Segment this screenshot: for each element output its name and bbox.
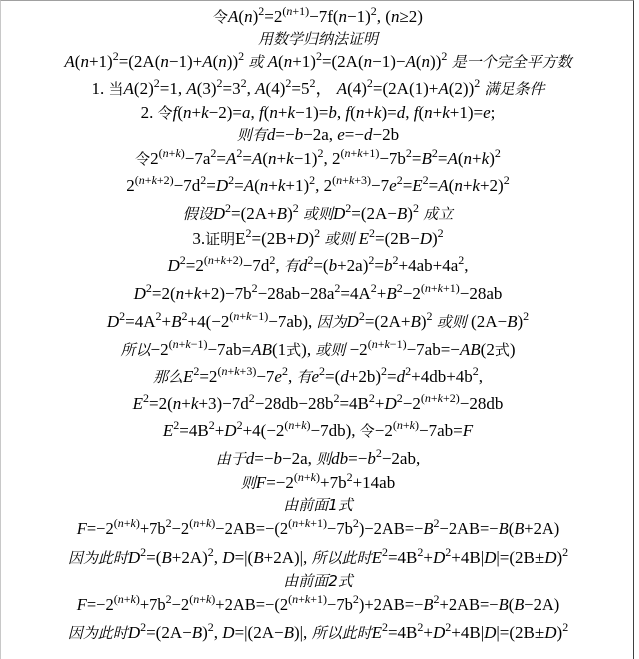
formula-line-db: 由于d=−b−2a, 则db=−b2−2ab, xyxy=(1,449,635,469)
formula-line-F-case1: F=−2(n+k)+7b2−2(n+k)−2AB=−(2(n+k+1)−7b2)… xyxy=(1,519,635,539)
formula-line-E-result: E2=4B2+D2+4(−2(n+k)−7db), 令−2(n+k)−7ab=F xyxy=(1,421,635,441)
heading-induction: 用数学归纳法证明 xyxy=(1,29,635,49)
formula-line-relations: 则有d=−b−2a, e=−d−2b xyxy=(1,125,635,145)
formula-line-E-case1: 因为此时D2=(B+2A)2, D=|(B+2A)|, 所以此时E2=4B2+D… xyxy=(1,548,635,568)
formula-line-step1: 1. 当A(2)2=1, A(3)2=32, A(4)2=52， A(4)2=(… xyxy=(1,79,635,99)
formula-line-let-D-E: 2(n+k+2)−7d2=D2=A(n+k+1)2, 2(n+k+3)−7e2=… xyxy=(1,176,635,196)
heading-from-eq1: 由前面1式 xyxy=(1,495,635,515)
formula-line-E-sub: E2=2(n+k+3)−7d2−28db−28b2=4B2+D2−2(n+k+2… xyxy=(1,394,635,414)
formula-line-step3: 3.证明E2=(2B+D)2 或则 E2=(2B−D)2 xyxy=(1,229,635,249)
formula-line-F-case2: F=−2(n+k)+7b2−2(n+k)+2AB=−(2(n+k+1)−7b2)… xyxy=(1,595,635,615)
formula-line-D-sub: D2=2(n+k+2)−7b2−28ab−28a2=4A2+B2−2(n+k+1… xyxy=(1,284,635,304)
formula-line-eq1-eq2: 所以−2(n+k−1)−7ab=AB(1式), 或则 −2(n+k−1)−7ab… xyxy=(1,340,635,360)
formula-line-F: 则F=−2(n+k)+7b2+14ab xyxy=(1,473,635,493)
formula-line-E-case2: 因为此时D2=(2A−B)2, D=|(2A−B)|, 所以此时E2=4B2+D… xyxy=(1,623,635,643)
document-frame: 令A(n)2=2(n+1)−7f(n−1)2, (n≥2) 用数学归纳法证明 A… xyxy=(0,0,634,659)
formula-line-E-expand: 那么E2=2(n+k+3)−7e2, 有e2=(d+2b)2=d2+4db+4b… xyxy=(1,367,635,387)
formula-line-step2: 2. 令f(n+k−2)=a, f(n+k−1)=b, f(n+k)=d, f(… xyxy=(1,103,635,123)
formula-line-D-expand: D2=2(n+k+2)−7d2, 有d2=(b+2a)2=b2+4ab+4a2, xyxy=(1,256,635,276)
formula-line-definition: 令A(n)2=2(n+1)−7f(n−1)2, (n≥2) xyxy=(1,7,635,27)
formula-line-let-A-B: 令2(n+k)−7a2=A2=A(n+k−1)2, 2(n+k+1)−7b2=B… xyxy=(1,149,635,169)
formula-line-claim: A(n+1)2=(2A(n−1)+A(n))2 或 A(n+1)2=(2A(n−… xyxy=(1,52,635,72)
formula-line-D-result: D2=4A2+B2+4(−2(n+k−1)−7ab), 因为D2=(2A+B)2… xyxy=(1,312,635,332)
heading-from-eq2: 由前面2式 xyxy=(1,571,635,591)
formula-line-assumption: 假设D2=(2A+B)2 或则D2=(2A−B)2 成立 xyxy=(1,204,635,224)
